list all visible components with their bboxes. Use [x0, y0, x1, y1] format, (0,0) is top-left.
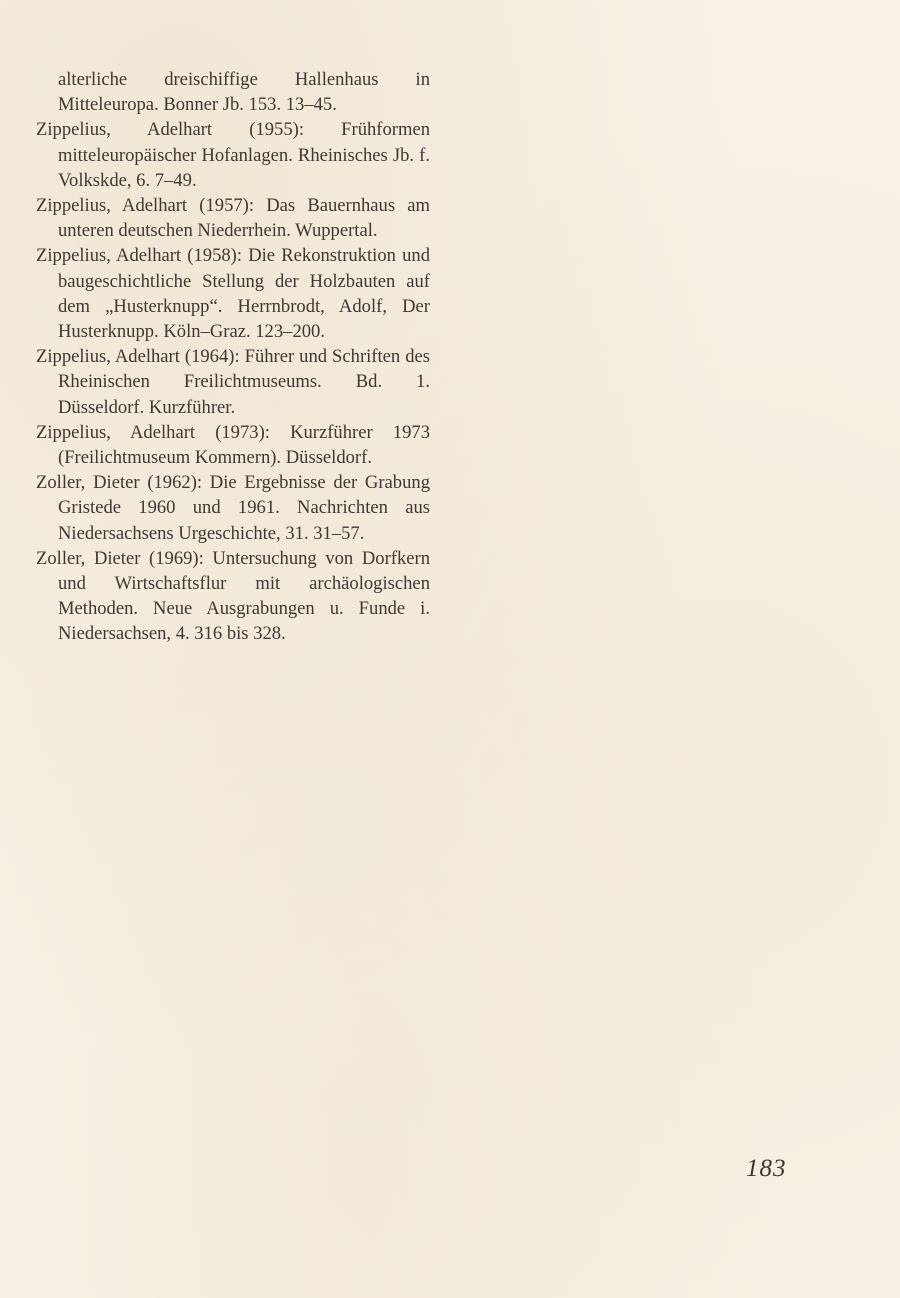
bibliography-entry: Zippelius, Adelhart (1957): Das Bauernha…	[36, 193, 430, 243]
page-number: 183	[746, 1155, 787, 1183]
bibliography-entry: Zippelius, Adelhart (1973): Kurzführer 1…	[36, 420, 430, 470]
bibliography-entry: Zippelius, Adelhart (1958): Die Rekonstr…	[36, 243, 430, 344]
bibliography-entry: Zippelius, Adelhart (1955): Frühformen m…	[36, 117, 430, 193]
bibliography-entry: Zoller, Dieter (1969): Untersuchung von …	[36, 546, 430, 647]
bibliography-entry: Zippelius, Adelhart (1964): Führer und S…	[36, 344, 430, 420]
bibliography-entry: Zoller, Dieter (1962): Die Ergebnisse de…	[36, 470, 430, 546]
bibliography-entry-continued: alterliche dreischiffige Hallenhaus in M…	[36, 67, 430, 117]
bibliography-list: alterliche dreischiffige Hallenhaus in M…	[36, 67, 430, 647]
